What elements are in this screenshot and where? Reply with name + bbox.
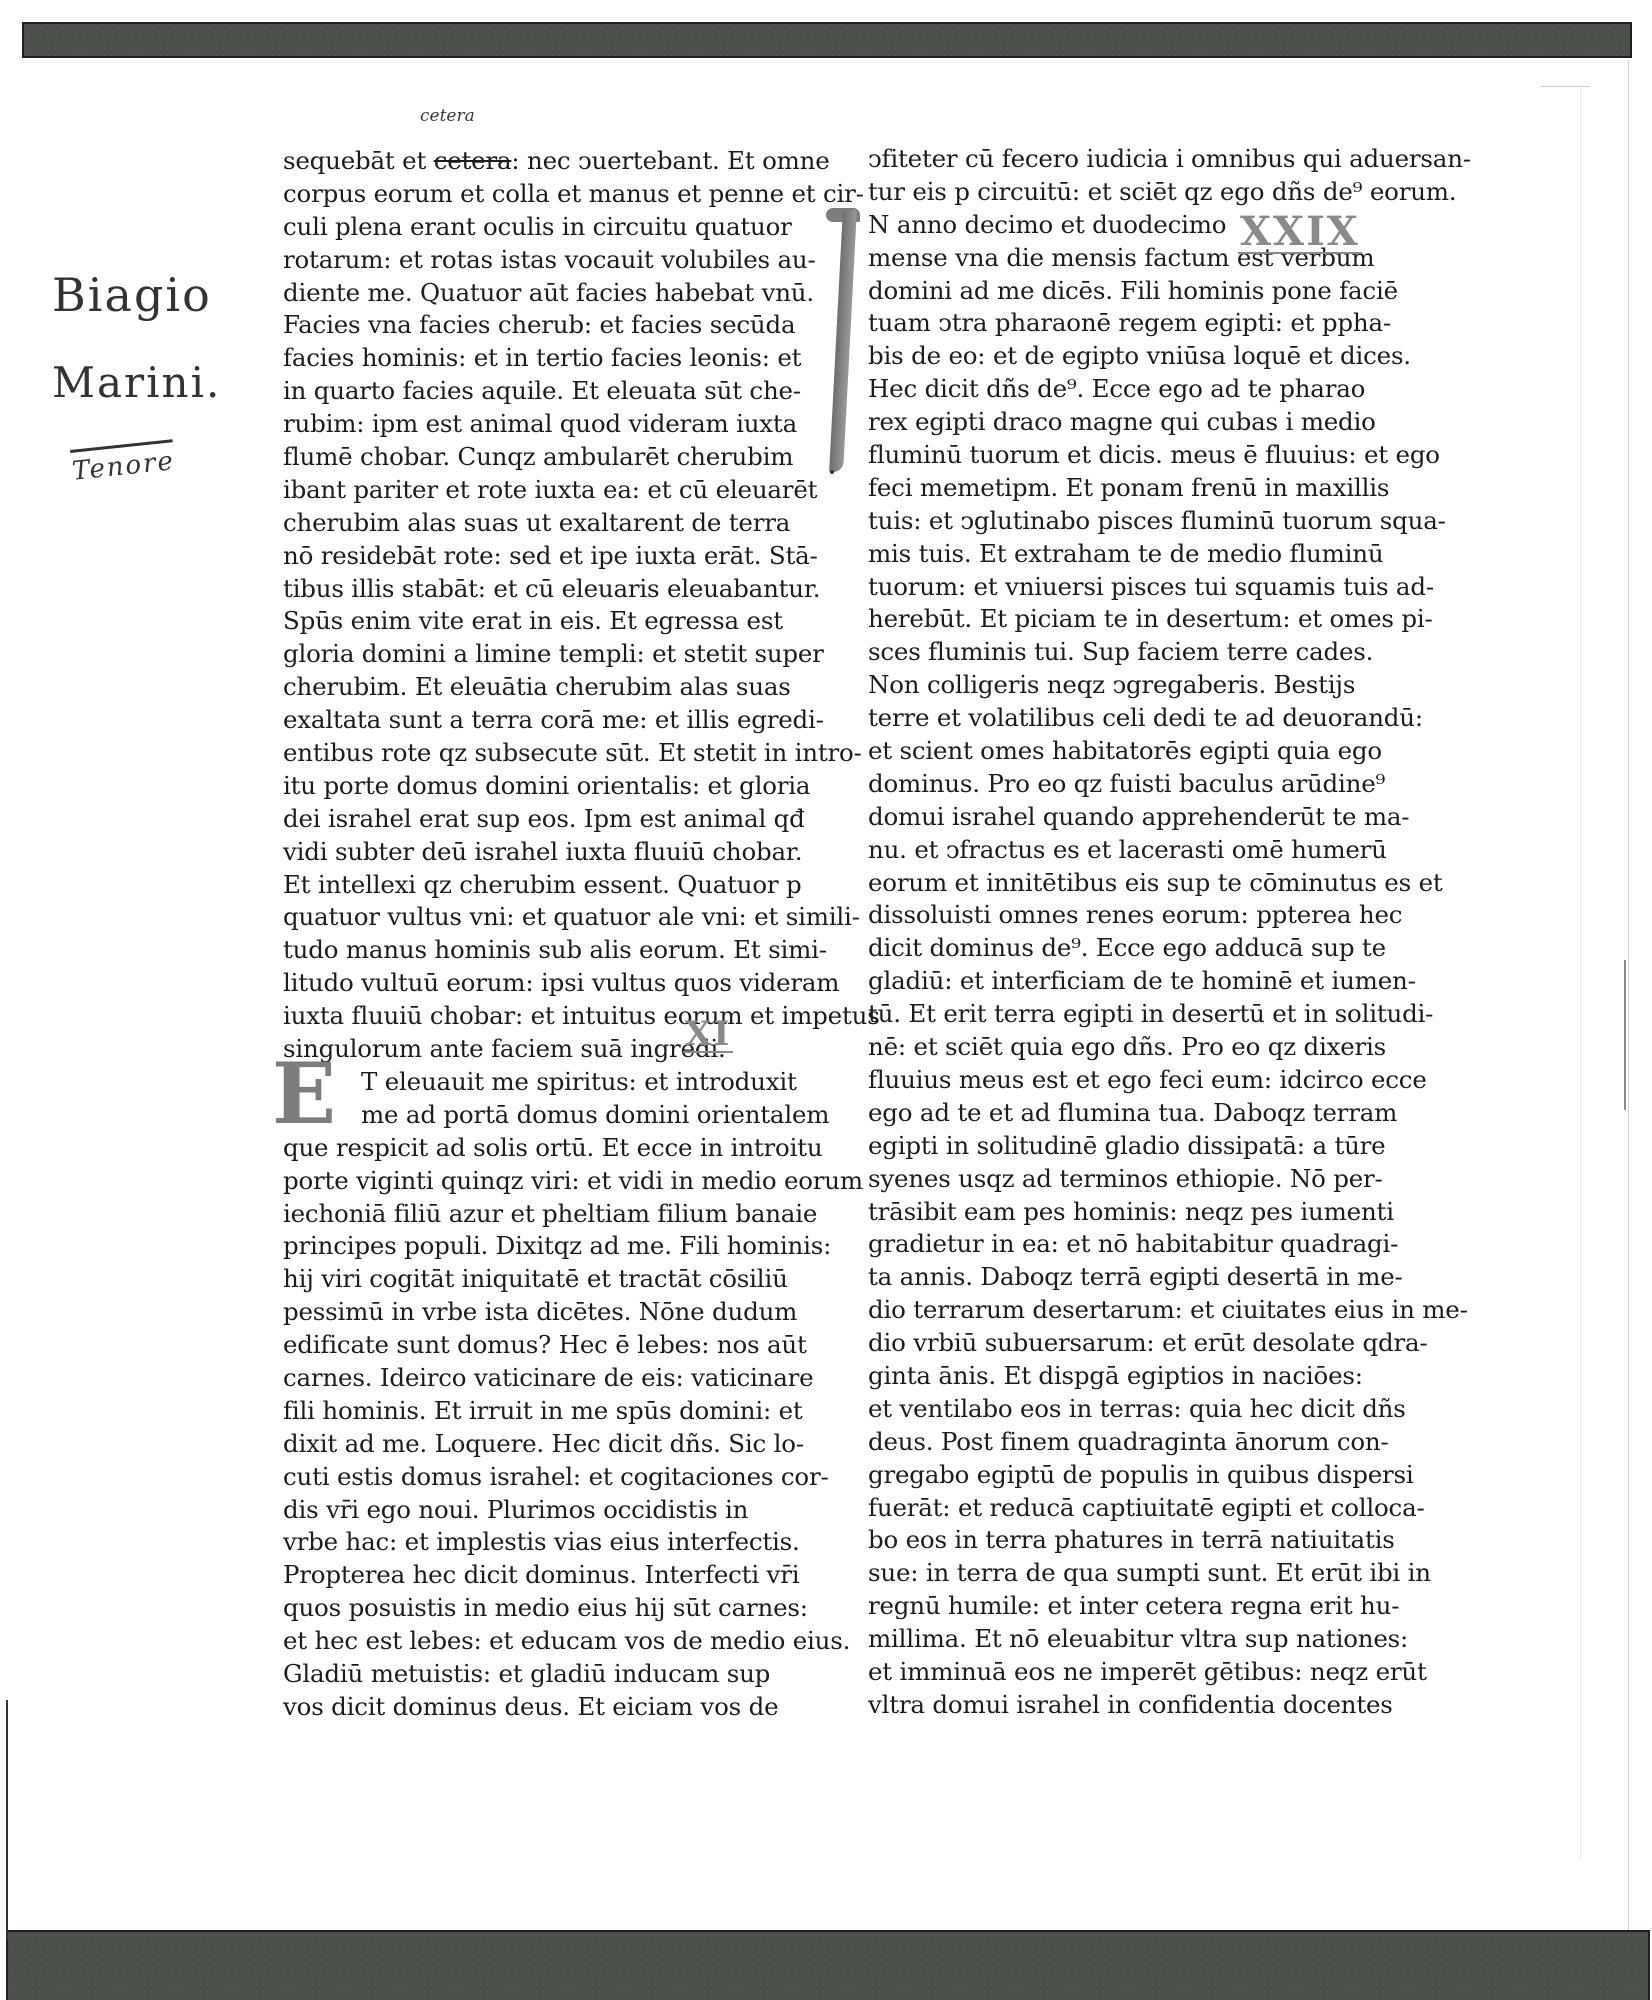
text-line: et ventilabo eos in terras: quia hec dic… [868, 1393, 1373, 1426]
text-line: Gladiū metuistis: et gladiū inducam sup [283, 1658, 778, 1691]
text-line: ibant pariter et rote iuxta ea: et cū el… [283, 474, 778, 507]
text-line: fili hominis. Et irruit in me spūs domin… [283, 1395, 778, 1428]
text-line: gladiū: et interficiam de te hominē et i… [868, 965, 1373, 998]
text-line: flumē chobar. Cunqz ambularēt cherubim [283, 441, 778, 474]
chapter-number-xxix: XXIX [1238, 212, 1362, 254]
text-line: fuerāt: et reducā captiuitatē egipti et … [868, 1492, 1373, 1525]
page-edge-right [1628, 60, 1629, 1930]
page-edge-inner [1580, 88, 1581, 1858]
text-line: pessimū in vrbe ista dicētes. Nōne dudum [283, 1296, 778, 1329]
text-line: et imminuā eos ne imperēt gētibus: neqz … [868, 1656, 1373, 1689]
page-edge-left [6, 1700, 8, 1940]
text-line: me ad portā domus domini orientalem [283, 1099, 778, 1132]
text-column-left: sequebāt et cetera: nec ↄuertebant. Et o… [283, 145, 778, 1724]
text-line: hij viri cogitāt iniquitatē et tractāt c… [283, 1263, 778, 1296]
text-line: cherubim alas suas ut exaltarent de terr… [283, 507, 778, 540]
text-line: sequebāt et cetera: nec ↄuertebant. Et o… [283, 145, 778, 178]
text-line: feci memetipm. Et ponam frenū in maxilli… [868, 472, 1373, 505]
scan-border-bottom [6, 1930, 1650, 2000]
text-line: tū. Et erit terra egipti in desertū et i… [868, 998, 1373, 1031]
text-line: ta annis. Daboqz terrā egipti desertā in… [868, 1261, 1373, 1294]
text-line: vidi subter deū israhel iuxta fluuiū cho… [283, 836, 778, 869]
text-line: exaltata sunt a terra corā me: et illis … [283, 704, 778, 737]
text-line: porte viginti quinqz viri: et vidi in me… [283, 1165, 778, 1198]
text-line: facies hominis: et in tertio facies leon… [283, 342, 778, 375]
scan-border-top [22, 22, 1632, 58]
text-line: nē: et sciēt quia ego dñs. Pro eo qz dix… [868, 1031, 1373, 1064]
corner-mark [1540, 86, 1590, 87]
text-line: edificate sunt domus? Hec ē lebes: nos a… [283, 1329, 778, 1362]
text-line: vrbe hac: et implestis vias eius interfe… [283, 1526, 778, 1559]
text-line: regnū humile: et inter cetera regna erit… [868, 1590, 1373, 1623]
text-line: in quarto facies aquile. Et eleuata sūt … [283, 375, 778, 408]
dropcap-i-tail [830, 470, 834, 474]
text-line: deus. Post finem quadraginta ānorum con- [868, 1426, 1373, 1459]
margin-note-line-1: Biagio [52, 268, 212, 322]
chapter-number-xi: XI [683, 1017, 733, 1053]
text-line: fluuius meus est et ego feci eum: idcirc… [868, 1064, 1373, 1097]
text-line: carnes. Ideirco vaticinare de eis: vatic… [283, 1362, 778, 1395]
text-line: cuti estis domus israhel: et cogitacione… [283, 1461, 778, 1494]
text-line: rubim: ipm est animal quod videram iuxta [283, 408, 778, 441]
text-line: diente me. Quatuor aūt facies habebat vn… [283, 277, 778, 310]
text-line: bo eos in terra phatures in terrā natiui… [868, 1524, 1373, 1557]
text-line: itu porte domus domini orientalis: et gl… [283, 770, 778, 803]
text-line: Hec dicit dñs de⁹. Ecce ego ad te pharao [868, 373, 1373, 406]
text-line: gloria domini a limine templi: et stetit… [283, 638, 778, 671]
text-line: rex egipti draco magne qui cubas i medio [868, 406, 1373, 439]
text-line: fluminū tuorum et dicis. meus ē fluuius:… [868, 439, 1373, 472]
text-line: principes populi. Dixitqz ad me. Fili ho… [283, 1230, 778, 1263]
text-line: terre et volatilibus celi dedi te ad deu… [868, 702, 1373, 735]
text-line: ginta ānis. Et dispgā egiptios in naciōe… [868, 1360, 1373, 1393]
text-line: que respicit ad solis ortū. Et ecce in i… [283, 1132, 778, 1165]
text-line: et scient omes habitatorēs egipti quia e… [868, 735, 1373, 768]
text-line: bis de eo: et de egipto vniūsa loquē et … [868, 340, 1373, 373]
text-line: tibus illis stabāt: et cū eleuaris eleua… [283, 573, 778, 606]
text-line: domui israhel quando apprehenderūt te ma… [868, 801, 1373, 834]
text-line: mis tuis. Et extraham te de medio flumin… [868, 538, 1373, 571]
text-line: Non colligeris neqz ↄgregaberis. Bestijs [868, 669, 1373, 702]
text-line: nu. et ↄfractus es et lacerasti omē hume… [868, 834, 1373, 867]
text-line: tudo manus hominis sub alis eorum. Et si… [283, 934, 778, 967]
struck-word: cetera [434, 146, 512, 175]
text-line: dominus. Pro eo qz fuisti baculus arūdin… [868, 768, 1373, 801]
text-column-right: ↄfiteter cū fecero iudicia i omnibus qui… [868, 143, 1373, 1722]
text-line: ego ad te et ad flumina tua. Daboqz terr… [868, 1097, 1373, 1130]
text-line: rotarum: et rotas istas vocauit volubile… [283, 244, 778, 277]
text-line: litudo vultuū eorum: ipsi vultus quos vi… [283, 967, 778, 1000]
text-line: dio terrarum desertarum: et ciuitates ei… [868, 1294, 1373, 1327]
text-line: dis vr̄i ego noui. Plurimos occidistis i… [283, 1494, 778, 1527]
text-line: egipti in solitudinē gladio dissipatā: a… [868, 1130, 1373, 1163]
text-line: ↄfiteter cū fecero iudicia i omnibus qui… [868, 143, 1373, 176]
text-line: Facies vna facies cherub: et facies secū… [283, 309, 778, 342]
text-line: vltra domui israhel in confidentia docen… [868, 1689, 1373, 1722]
text-line: T eleuauit me spiritus: et introduxit [283, 1066, 778, 1099]
text-line: dixit ad me. Loquere. Hec dicit dñs. Sic… [283, 1428, 778, 1461]
text-line: trāsibit eam pes hominis: neqz pes iumen… [868, 1196, 1373, 1229]
text-line: nō residebāt rote: sed et ipe iuxta erāt… [283, 540, 778, 573]
text-line: tuam ↄtra pharaonē regem egipti: et ppha… [868, 307, 1373, 340]
text-line: Propterea hec dicit dominus. Interfecti … [283, 1559, 778, 1592]
text-line: quos posuistis in medio eius hij sūt car… [283, 1592, 778, 1625]
margin-note-line-2: Marini. [52, 358, 221, 407]
text-line: gregabo egiptū de populis in quibus disp… [868, 1459, 1373, 1492]
text-line: tur eis p circuitū: et sciēt qz ego dñs … [868, 176, 1373, 209]
edge-stroke [1624, 960, 1626, 1110]
text-line: Et intellexi qz cherubim essent. Quatuor… [283, 869, 778, 902]
text-line: sue: in terra de qua sumpti sunt. Et erū… [868, 1557, 1373, 1590]
text-line: domini ad me dicēs. Fili hominis pone fa… [868, 275, 1373, 308]
text-line: cherubim. Et eleuātia cherubim alas suas [283, 671, 778, 704]
dropcap-i [829, 210, 857, 472]
text-line: dicit dominus de⁹. Ecce ego adducā sup t… [868, 932, 1373, 965]
margin-note-line-3: Tenore [70, 439, 176, 487]
interlinear-correction: cetera [420, 106, 475, 126]
text-line: iechoniā filiū azur et pheltiam filium b… [283, 1198, 778, 1231]
text-line: vos dicit dominus deus. Et eiciam vos de [283, 1691, 778, 1724]
text-line: dio vrbiū subuersarum: et erūt desolate … [868, 1327, 1373, 1360]
text-line: entibus rote qz subsecute sūt. Et stetit… [283, 737, 778, 770]
text-line: syenes usqz ad terminos ethiopie. Nō per… [868, 1163, 1373, 1196]
text-line: quatuor vultus vni: et quatuor ale vni: … [283, 901, 778, 934]
text-line: millima. Et nō eleuabitur vltra sup nati… [868, 1623, 1373, 1656]
text-line: Spūs enim vite erat in eis. Et egressa e… [283, 605, 778, 638]
text-line: corpus eorum et colla et manus et penne … [283, 178, 778, 211]
text-line: tuis: et ↄglutinabo pisces fluminū tuoru… [868, 505, 1373, 538]
text-line: sces fluminis tui. Sup faciem terre cade… [868, 636, 1373, 669]
text-line: dissoluisti omnes renes eorum: ppterea h… [868, 899, 1373, 932]
text-line: herebūt. Et piciam te in desertum: et om… [868, 603, 1373, 636]
text-line: culi plena erant oculis in circuitu quat… [283, 211, 778, 244]
text-line: dei israhel erat sup eos. Ipm est animal… [283, 803, 778, 836]
text-line: gradietur in ea: et nō habitabitur quadr… [868, 1228, 1373, 1261]
dropcap-e: E [272, 1052, 336, 1136]
text-line: tuorum: et vniuersi pisces tui squamis t… [868, 571, 1373, 604]
text-line: eorum et innitētibus eis sup te cōminutu… [868, 867, 1373, 900]
text-line: et hec est lebes: et educam vos de medio… [283, 1625, 778, 1658]
